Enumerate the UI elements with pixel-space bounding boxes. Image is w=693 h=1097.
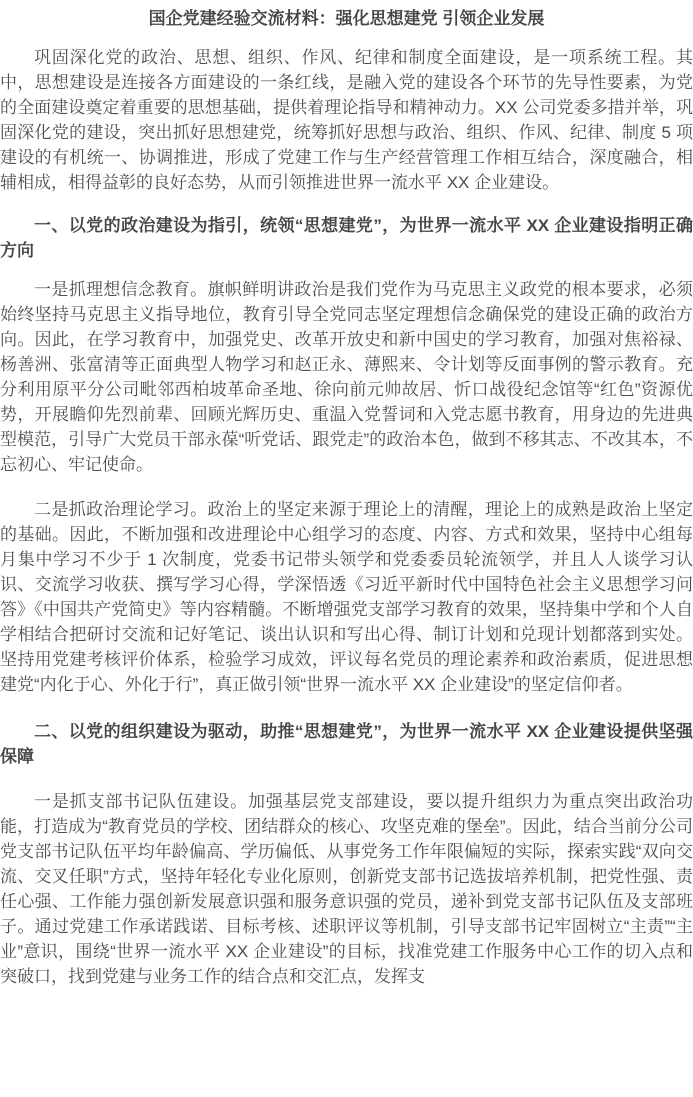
section-2-paragraph-1: 一是抓支部书记队伍建设。加强基层党支部建设，要以提升组织力为重点突出政治功能，打… xyxy=(0,789,693,989)
intro-paragraph: 巩固深化党的政治、思想、组织、作风、纪律和制度全面建设，是一项系统工程。其中，思… xyxy=(0,45,693,195)
document-title: 国企党建经验交流材料：强化思想建党 引领企业发展 xyxy=(0,6,693,31)
section-2-heading: 二、以党的组织建设为驱动，助推“思想建党”，为世界一流水平 XX 企业建设提供坚… xyxy=(0,719,693,769)
document-page: 国企党建经验交流材料：强化思想建党 引领企业发展 巩固深化党的政治、思想、组织、… xyxy=(0,0,693,1097)
section-1-paragraph-1: 一是抓理想信念教育。旗帜鲜明讲政治是我们党作为马克思主义政党的根本要求，必须始终… xyxy=(0,277,693,477)
section-1-heading: 一、以党的政治建设为指引，统领“思想建党”，为世界一流水平 XX 企业建设指明正… xyxy=(0,213,693,263)
section-1-paragraph-2: 二是抓政治理论学习。政治上的坚定来源于理论上的清醒，理论上的成熟是政治上坚定的基… xyxy=(0,497,693,697)
